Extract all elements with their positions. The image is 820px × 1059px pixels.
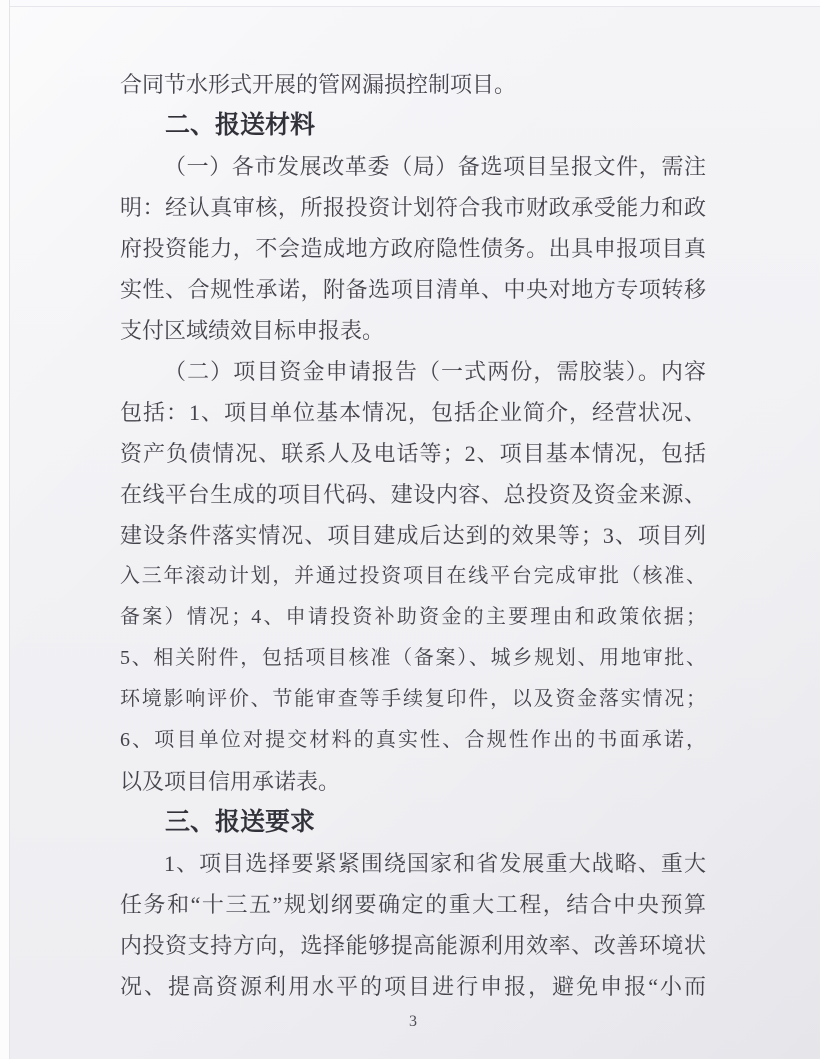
doc-line: （一）各市发展改革委（局）备选项目呈报文件，需注 — [120, 146, 706, 187]
doc-line: 包括：1、项目单位基本情况，包括企业简介，经营状况、 — [120, 392, 706, 433]
doc-line: 任务和“十三五”规划纲要确定的重大工程，结合中央预算 — [120, 884, 706, 925]
doc-line: 支付区域绩效目标申报表。 — [120, 310, 706, 351]
scanned-document-page: 合同节水形式开展的管网漏损控制项目。 二、报送材料 （一）各市发展改革委（局）备… — [0, 0, 820, 1059]
doc-line: 府投资能力，不会造成地方政府隐性债务。出具申报项目真 — [120, 228, 706, 269]
section-heading-requirements: 三、报送要求 — [120, 802, 706, 843]
doc-line: 实性、合规性承诺，附备选项目清单、中央对地方专项转移 — [120, 269, 706, 310]
doc-line: 6、项目单位对提交材料的真实性、合规性作出的书面承诺， — [120, 720, 706, 761]
doc-line: 合同节水形式开展的管网漏损控制项目。 — [120, 64, 706, 105]
doc-line: 入三年滚动计划，并通过投资项目在线平台完成审批（核准、 — [120, 556, 706, 597]
page-number: 3 — [120, 1008, 706, 1036]
document-body: 合同节水形式开展的管网漏损控制项目。 二、报送材料 （一）各市发展改革委（局）备… — [120, 64, 706, 1007]
doc-line: 在线平台生成的项目代码、建设内容、总投资及资金来源、 — [120, 474, 706, 515]
doc-line: 以及项目信用承诺表。 — [120, 761, 706, 802]
doc-line: 况、提高资源利用水平的项目进行申报，避免申报“小而 — [120, 966, 706, 1007]
scan-edge-top — [0, 0, 820, 7]
doc-line: 明：经认真审核，所报投资计划符合我市财政承受能力和政 — [120, 187, 706, 228]
scan-edge-left — [0, 0, 10, 1059]
doc-line: 建设条件落实情况、项目建成后达到的效果等；3、项目列 — [120, 515, 706, 556]
doc-line: 1、项目选择要紧紧围绕国家和省发展重大战略、重大 — [120, 843, 706, 884]
doc-line: 5、相关附件，包括项目核准（备案）、城乡规划、用地审批、 — [120, 638, 706, 679]
section-heading-materials: 二、报送材料 — [120, 105, 706, 146]
doc-line: 资产负债情况、联系人及电话等；2、项目基本情况，包括 — [120, 433, 706, 474]
doc-line: （二）项目资金申请报告（一式两份，需胶装）。内容 — [120, 351, 706, 392]
doc-line: 内投资支持方向，选择能够提高能源利用效率、改善环境状 — [120, 925, 706, 966]
doc-line: 环境影响评价、节能审查等手续复印件，以及资金落实情况； — [120, 679, 706, 720]
doc-line: 备案）情况；4、申请投资补助资金的主要理由和政策依据； — [120, 597, 706, 638]
